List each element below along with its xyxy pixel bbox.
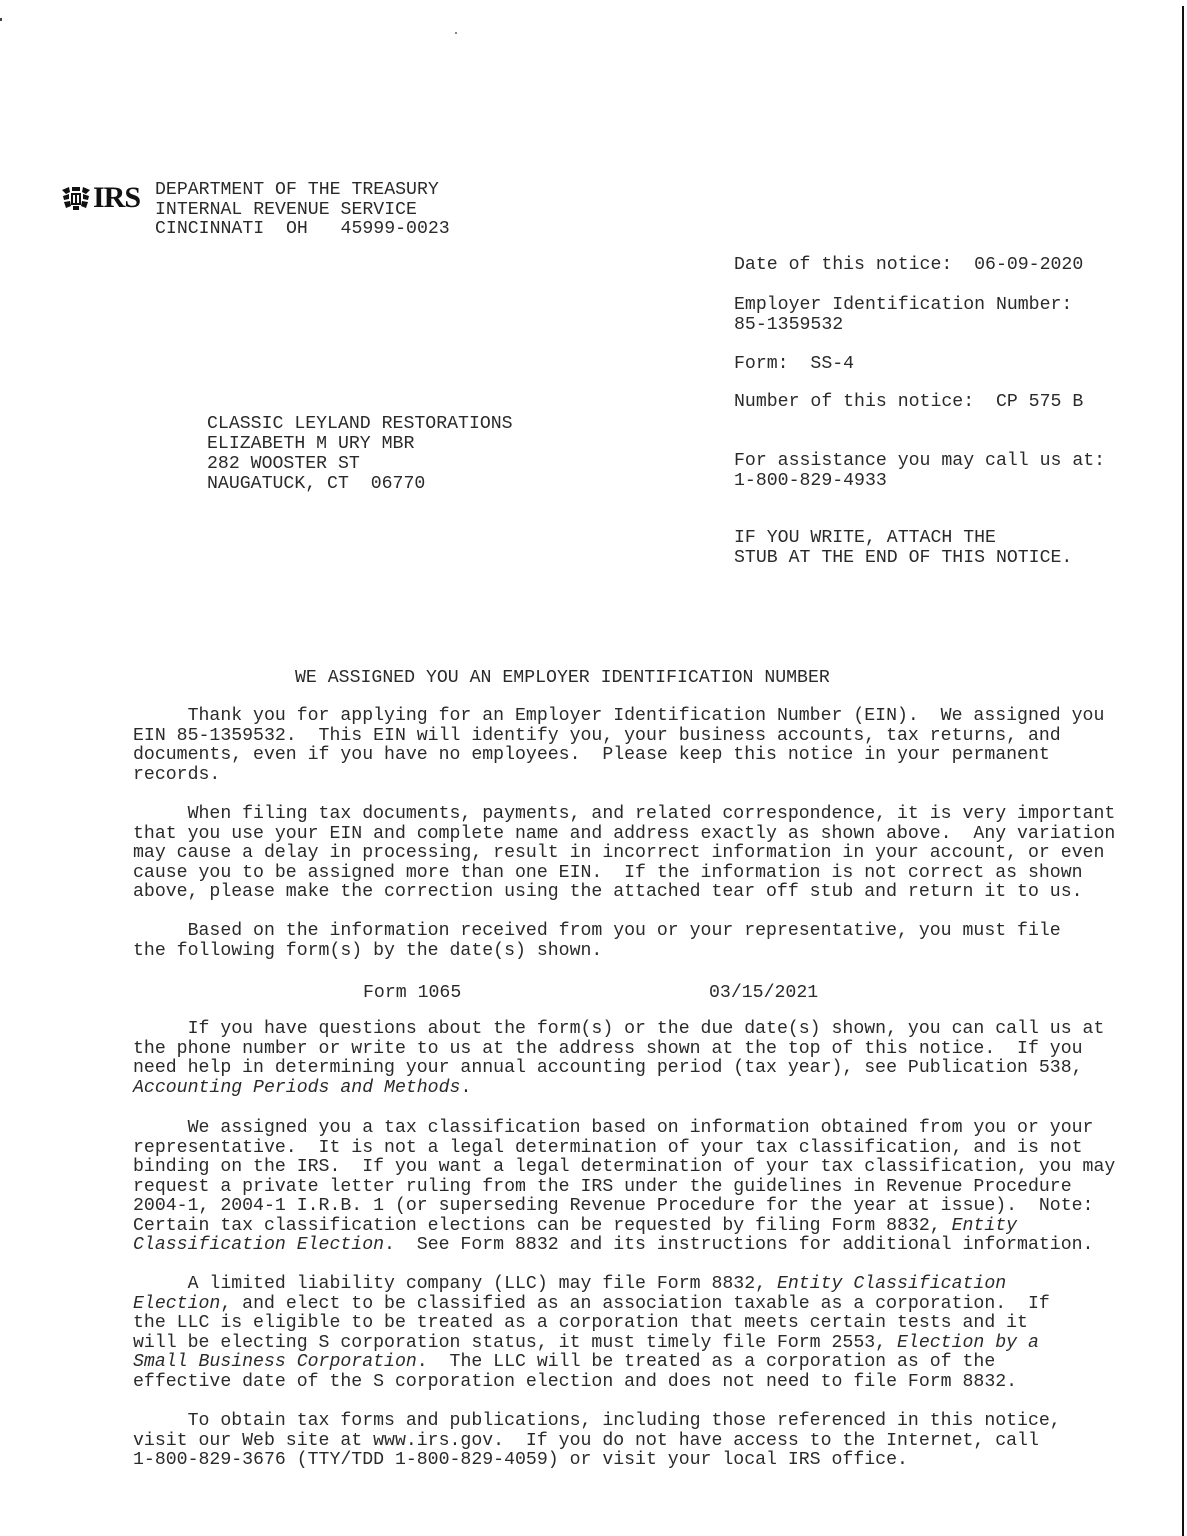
irs-notice-page: IRS DEPARTMENT OF THE TREASURY INTERNAL … [0,0,1187,1536]
form-title-fragment: Small Business Corporation [133,1352,417,1372]
paragraph-filing-instructions: When filing tax documents, payments, and… [133,805,1133,903]
text-fragment: Certain tax classification elections can… [133,1216,952,1236]
paragraph-line: 2004-1, 2004-1 I.R.B. 1 (or superseding … [133,1197,1133,1217]
publication-title: Accounting Periods and Methods [133,1078,460,1098]
notice-number: Number of this notice: CP 575 B [734,393,1083,413]
paragraph-line: need help in determining your annual acc… [133,1059,1133,1079]
paragraph-line: request a private letter ruling from the… [133,1178,1133,1198]
form-title-fragment: Election by a [897,1333,1039,1353]
text-fragment: A limited liability company (LLC) may fi… [133,1274,777,1294]
text-fragment: will be electing S corporation status, i… [133,1333,897,1353]
paragraph-line: that you use your EIN and complete name … [133,825,1133,845]
scan-edge-line [1182,6,1184,1536]
paragraph-line: To obtain tax forms and publications, in… [133,1412,1133,1432]
irs-logo-text: IRS [93,184,140,212]
agency-line: CINCINNATI OH 45999-0023 [155,220,450,240]
paragraph-line: the phone number or write to us at the a… [133,1040,1133,1060]
paragraph-line: Thank you for applying for an Employer I… [133,707,1133,727]
paragraph-line: representative. It is not a legal determ… [133,1139,1133,1159]
paragraph-line: the LLC is eligible to be treated as a c… [133,1314,1133,1334]
recipient-line: NAUGATUCK, CT 06770 [207,474,513,494]
agency-line: INTERNAL REVENUE SERVICE [155,201,450,221]
paragraph-line: binding on the IRS. If you want a legal … [133,1158,1133,1178]
paragraph-line: We assigned you a tax classification bas… [133,1119,1133,1139]
paragraph-line: visit our Web site at www.irs.gov. If yo… [133,1432,1133,1452]
paragraph-questions: If you have questions about the form(s) … [133,1020,1133,1098]
text-fragment: , and elect to be classified as an assoc… [220,1294,1050,1314]
assistance-label: For assistance you may call us at: [734,452,1105,472]
paragraph-line: Small Business Corporation. The LLC will… [133,1353,1133,1373]
paragraph-line: may cause a delay in processing, result … [133,844,1133,864]
text-fragment: . [460,1078,471,1098]
ein-value: 85-1359532 [734,316,843,336]
recipient-address: CLASSIC LEYLAND RESTORATIONS ELIZABETH M… [207,414,513,494]
paragraph-line: Certain tax classification elections can… [133,1217,1133,1237]
required-form-due-date: 03/15/2021 [709,983,818,1003]
irs-eagle-icon [60,184,92,212]
paragraph-line: 1-800-829-3676 (TTY/TDD 1-800-829-4059) … [133,1451,1133,1471]
paragraph-line: EIN 85-1359532. This EIN will identify y… [133,727,1133,747]
paragraph-line: will be electing S corporation status, i… [133,1334,1133,1354]
scan-artifact [0,18,2,21]
paragraph-line: Based on the information received from y… [133,922,1133,942]
write-instruction-line: STUB AT THE END OF THIS NOTICE. [734,549,1072,569]
write-instruction-line: IF YOU WRITE, ATTACH THE [734,529,996,549]
paragraph-llc-election: A limited liability company (LLC) may fi… [133,1275,1133,1392]
recipient-line: 282 WOOSTER ST [207,454,513,474]
form-title-fragment: Entity Classification [777,1274,1006,1294]
agency-address: DEPARTMENT OF THE TREASURY INTERNAL REVE… [155,181,450,240]
paragraph-line: Classification Election. See Form 8832 a… [133,1236,1133,1256]
text-fragment: . See Form 8832 and its instructions for… [384,1235,1093,1255]
paragraph-line: Election, and elect to be classified as … [133,1295,1133,1315]
paragraph-line: If you have questions about the form(s) … [133,1020,1133,1040]
paragraph-required-forms: Based on the information received from y… [133,922,1133,961]
irs-logo: IRS [60,184,140,212]
required-form-name: Form 1065 [363,983,461,1003]
paragraph-line: Accounting Periods and Methods. [133,1079,1133,1099]
paragraph-tax-classification: We assigned you a tax classification bas… [133,1119,1133,1256]
ein-label: Employer Identification Number: [734,296,1072,316]
paragraph-line: effective date of the S corporation elec… [133,1373,1133,1393]
recipient-line: ELIZABETH M URY MBR [207,434,513,454]
paragraph-ein-assigned: Thank you for applying for an Employer I… [133,707,1133,785]
paragraph-line: cause you to be assigned more than one E… [133,864,1133,884]
form-type: Form: SS-4 [734,355,854,375]
form-title-fragment: Classification Election [133,1235,384,1255]
paragraph-line: A limited liability company (LLC) may fi… [133,1275,1133,1295]
paragraph-line: documents, even if you have no employees… [133,746,1133,766]
notice-title: WE ASSIGNED YOU AN EMPLOYER IDENTIFICATI… [295,668,830,688]
form-title-fragment: Election [133,1294,220,1314]
paragraph-line: the following form(s) by the date(s) sho… [133,942,1133,962]
paragraph-line: When filing tax documents, payments, and… [133,805,1133,825]
paragraph-line: above, please make the correction using … [133,883,1133,903]
paragraph-line: records. [133,766,1133,786]
recipient-line: CLASSIC LEYLAND RESTORATIONS [207,414,513,434]
form-title-fragment: Entity [952,1216,1018,1236]
scan-artifact [455,32,457,34]
notice-date: Date of this notice: 06-09-2020 [734,256,1083,276]
assistance-phone: 1-800-829-4933 [734,472,887,492]
paragraph-forms-publications: To obtain tax forms and publications, in… [133,1412,1133,1471]
agency-line: DEPARTMENT OF THE TREASURY [155,181,450,201]
text-fragment: . The LLC will be treated as a corporati… [417,1352,995,1372]
